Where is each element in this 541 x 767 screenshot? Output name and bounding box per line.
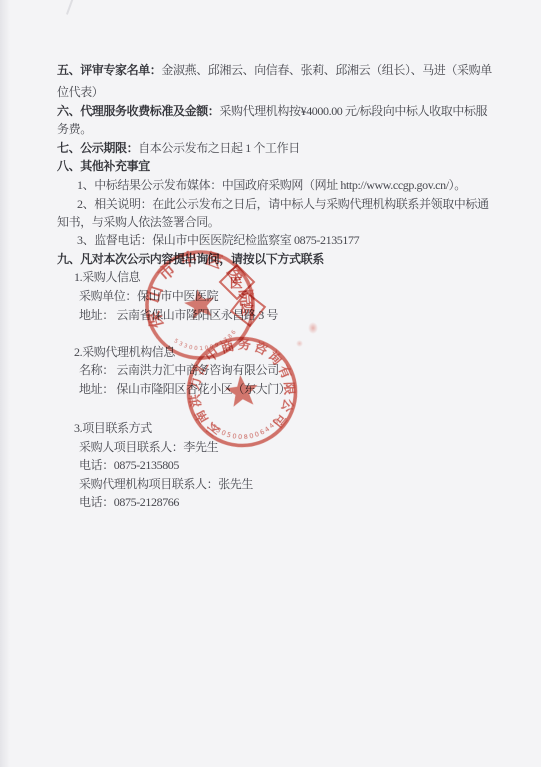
item-2-related-note: 2、相关说明：在此公示发布之日后，请中标人与采购代理机构联系并领取中标通 [77,197,489,211]
agency-seal: 云南洪力汇中商务咨询有限公司 5305008006440 [177,327,307,457]
section-6-text: 采购代理机构按¥4000.00 元/标段向中标人收取中标服 [219,104,487,118]
item-2-continuation: 知书，与采购人依法签署合同。 [57,215,219,229]
buyer-info-heading: 1.采购人信息 [74,270,140,284]
section-5-expert-list: 五、评审专家名单：金淑燕、邱湘云、向信春、张莉、邱湘云（组长）、马进（采购单 [57,63,492,77]
project-contact-heading: 3.项目联系方式 [74,421,152,435]
section-6-heading: 六、代理服务收费标准及金额： [57,104,219,118]
section-5-text: 金淑燕、邱湘云、向信春、张莉、邱湘云（组长）、马进（采购单 [161,63,491,77]
agency-contact-person: 采购代理机构项目联系人：张先生 [79,477,253,491]
stamp-character: 医 [230,272,243,291]
item-1-publish-media: 1、中标结果公示发布媒体：中国政府采购网（网址 http://www.ccgp.… [77,178,466,192]
section-7-notice-period: 七、公示期限：自本公示发布之日起 1 个工作日 [57,141,300,155]
seal-star-icon [224,373,259,407]
stamp-character: 院 [241,299,254,318]
agency-contact-phone: 电话：0875-2128766 [79,495,179,509]
section-5-continuation: 位代表） [57,85,103,99]
scan-edge-shadow [0,0,10,767]
section-8-heading: 八、其他补充事宜 [57,159,150,173]
section-7-text: 自本公示发布之日起 1 个工作日 [138,141,300,155]
ink-smudge [308,322,318,334]
seal-star-icon [182,287,217,321]
ink-smudge [296,340,303,347]
scanned-document-page: 五、评审专家名单：金淑燕、邱湘云、向信春、张莉、邱湘云（组长）、马进（采购单 位… [0,0,541,767]
buyer-contact-phone: 电话：0875-2135805 [79,458,179,472]
section-6-continuation: 务费。 [57,122,92,136]
section-6-agency-fee: 六、代理服务收费标准及金额：采购代理机构按¥4000.00 元/标段向中标人收取… [57,104,487,118]
section-7-heading: 七、公示期限： [57,141,138,155]
section-5-heading: 五、评审专家名单： [57,63,161,77]
section-8-other-matters: 八、其他补充事宜 [57,159,150,173]
paper-crease [66,0,74,15]
